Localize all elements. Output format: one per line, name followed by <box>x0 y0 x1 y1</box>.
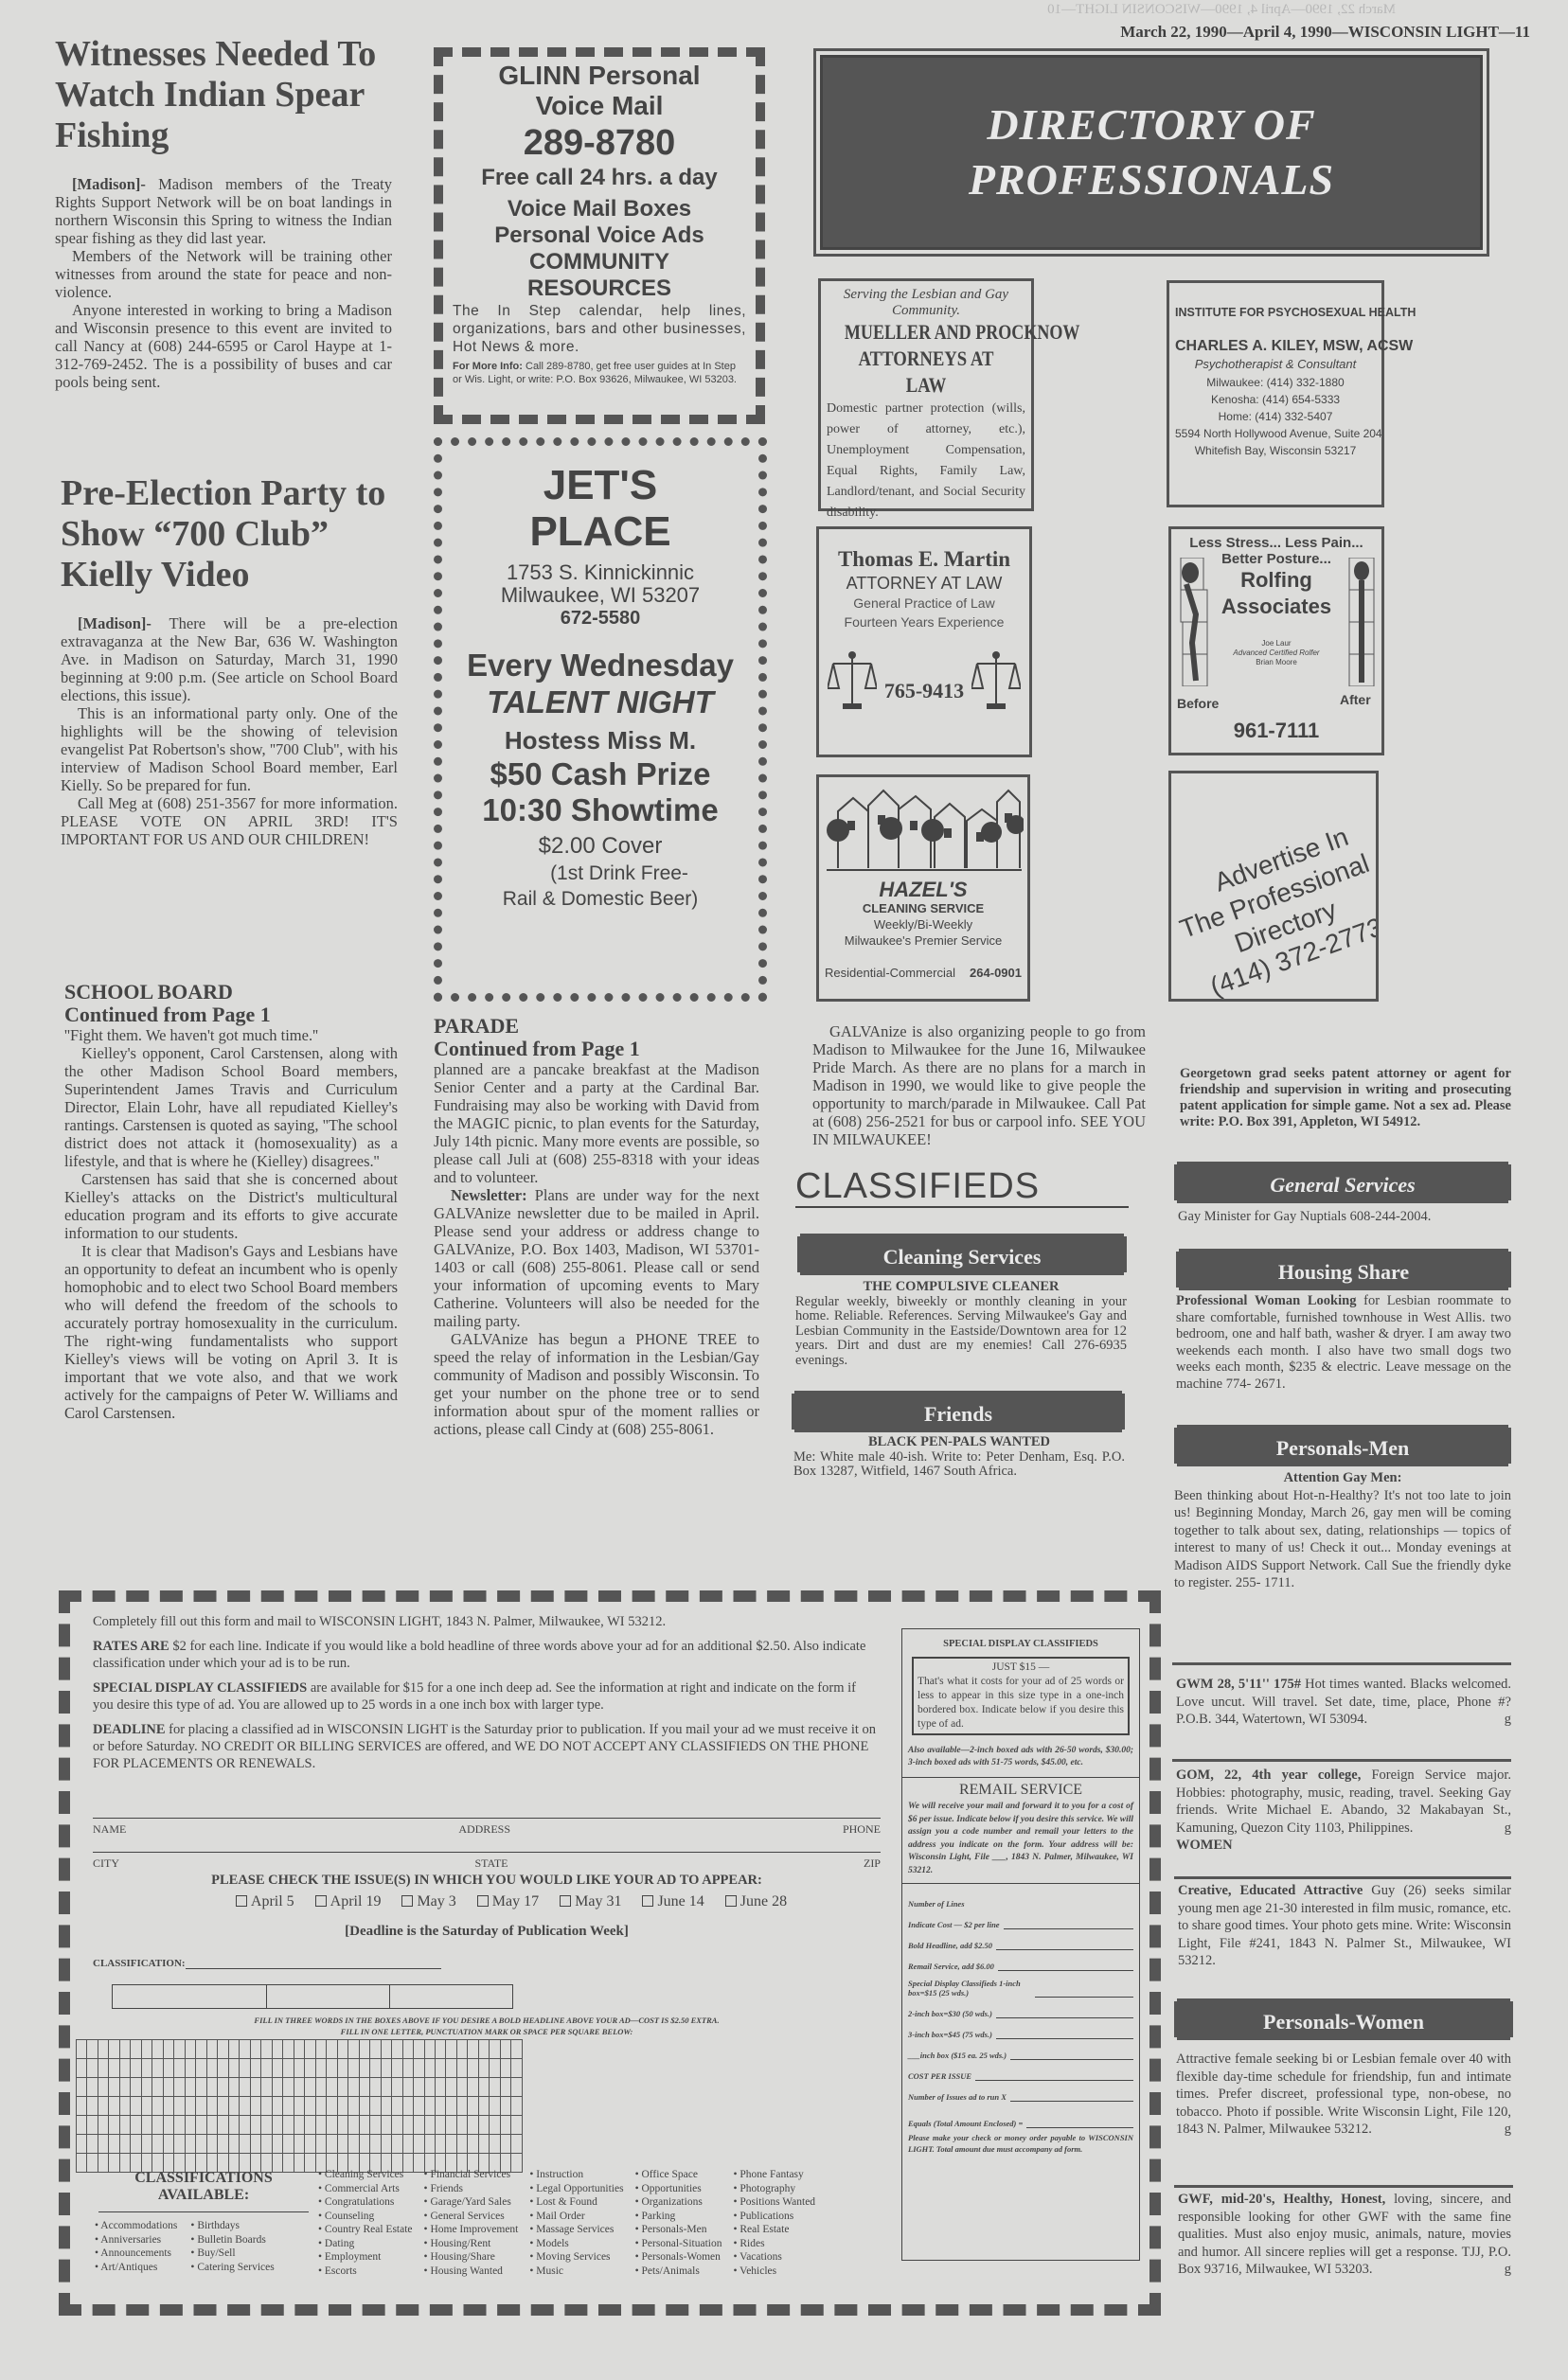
grid-cell[interactable] <box>185 2059 195 2078</box>
grid-cell[interactable] <box>348 2059 359 2078</box>
grid-cell[interactable] <box>152 2059 163 2078</box>
grid-cell[interactable] <box>240 2116 250 2135</box>
before-label: Before <box>1177 696 1219 711</box>
grid-cell[interactable] <box>370 2135 381 2154</box>
grid-cell[interactable] <box>424 2097 435 2116</box>
grid-cell[interactable] <box>152 2040 163 2059</box>
grid-cell[interactable] <box>119 2040 130 2059</box>
grid-cell[interactable] <box>109 2059 119 2078</box>
grid-cell[interactable] <box>402 2116 413 2135</box>
grid-cell[interactable] <box>218 2040 228 2059</box>
grid-cell[interactable] <box>327 2116 337 2135</box>
grid-cell[interactable] <box>315 2040 326 2059</box>
grid-cell[interactable] <box>305 2116 315 2135</box>
grid-cell[interactable] <box>348 2078 359 2097</box>
grid-cell[interactable] <box>228 2097 239 2116</box>
grid-cell[interactable] <box>77 2059 87 2078</box>
grid-cell[interactable] <box>446 2078 456 2097</box>
grid-cell[interactable] <box>478 2135 489 2154</box>
grid-cell[interactable] <box>109 2078 119 2097</box>
issue-checkbox[interactable]: June 28 <box>725 1893 787 1910</box>
grid-cell[interactable] <box>348 2116 359 2135</box>
grid-cell[interactable] <box>500 2097 510 2116</box>
issue-checkbox[interactable]: April 5 <box>236 1893 294 1910</box>
grid-cell[interactable] <box>196 2116 206 2135</box>
grid-cell[interactable] <box>228 2059 239 2078</box>
grid-cell[interactable] <box>456 2059 467 2078</box>
grid-cell[interactable] <box>228 2078 239 2097</box>
grid-cell[interactable] <box>381 2040 391 2059</box>
headline-word-2[interactable] <box>267 1985 390 2008</box>
grid-cell[interactable] <box>446 2059 456 2078</box>
grid-cell[interactable] <box>478 2116 489 2135</box>
grid-cell[interactable] <box>185 2135 195 2154</box>
grid-cell[interactable] <box>414 2078 424 2097</box>
grid-cell[interactable] <box>98 2097 108 2116</box>
grid-cell[interactable] <box>511 2116 523 2135</box>
grid-cell[interactable] <box>109 2040 119 2059</box>
calc-input[interactable] <box>1026 2119 1133 2128</box>
grid-cell[interactable] <box>424 2040 435 2059</box>
grid-cell[interactable] <box>435 2078 445 2097</box>
grid-cell[interactable] <box>315 2078 326 2097</box>
grid-cell[interactable] <box>174 2059 185 2078</box>
grid-cell[interactable] <box>327 2059 337 2078</box>
grid-cell[interactable] <box>196 2040 206 2059</box>
grid-cell[interactable] <box>327 2135 337 2154</box>
grid-cell[interactable] <box>490 2040 500 2059</box>
grid-cell[interactable] <box>456 2135 467 2154</box>
grid-cell[interactable] <box>250 2116 260 2135</box>
issue-checkbox[interactable]: April 19 <box>315 1893 382 1910</box>
grid-cell[interactable] <box>370 2040 381 2059</box>
grid-cell[interactable] <box>414 2116 424 2135</box>
grid-cell[interactable] <box>381 2135 391 2154</box>
grid-cell[interactable] <box>261 2059 272 2078</box>
classification-item: Art/Antiques <box>95 2261 177 2275</box>
grid-cell[interactable] <box>131 2135 141 2154</box>
grid-cell[interactable] <box>261 2097 272 2116</box>
grid-cell[interactable] <box>240 2040 250 2059</box>
grid-cell[interactable] <box>98 2116 108 2135</box>
grid-cell[interactable] <box>163 2078 173 2097</box>
grid-cell[interactable] <box>87 2059 98 2078</box>
grid-cell[interactable] <box>185 2116 195 2135</box>
grid-cell[interactable] <box>174 2135 185 2154</box>
grid-cell[interactable] <box>511 2059 523 2078</box>
grid-cell[interactable] <box>196 2097 206 2116</box>
grid-cell[interactable] <box>272 2097 282 2116</box>
grid-cell[interactable] <box>294 2078 304 2097</box>
grid-cell[interactable] <box>370 2059 381 2078</box>
grid-cell[interactable] <box>163 2135 173 2154</box>
grid-cell[interactable] <box>456 2078 467 2097</box>
grid-cell[interactable] <box>185 2040 195 2059</box>
classification-item: Phone Fantasy <box>733 2168 815 2182</box>
grid-cell[interactable] <box>109 2116 119 2135</box>
checkbox-icon[interactable] <box>477 1895 489 1907</box>
grid-cell[interactable] <box>327 2040 337 2059</box>
grid-cell[interactable] <box>435 2135 445 2154</box>
grid-cell[interactable] <box>240 2135 250 2154</box>
grid-cell[interactable] <box>283 2116 294 2135</box>
grid-cell[interactable] <box>283 2135 294 2154</box>
issue-checkbox[interactable]: May 17 <box>477 1893 539 1910</box>
grid-cell[interactable] <box>370 2116 381 2135</box>
grid-cell[interactable] <box>250 2040 260 2059</box>
address-field[interactable]: ADDRESS <box>458 1822 510 1837</box>
grid-cell[interactable] <box>228 2135 239 2154</box>
grid-cell[interactable] <box>402 2059 413 2078</box>
grid-cell[interactable] <box>478 2078 489 2097</box>
section-personals-men: Personals-Men <box>1174 1428 1511 1464</box>
grid-cell[interactable] <box>392 2040 402 2059</box>
ad-address: Whitefish Bay, Wisconsin 53217 <box>1175 442 1376 459</box>
grid-cell[interactable] <box>337 2040 347 2059</box>
grid-cell[interactable] <box>283 2040 294 2059</box>
grid-cell[interactable] <box>478 2040 489 2059</box>
grid-cell[interactable] <box>468 2116 478 2135</box>
grid-cell[interactable] <box>174 2078 185 2097</box>
grid-cell[interactable] <box>468 2059 478 2078</box>
grid-cell[interactable] <box>305 2097 315 2116</box>
grid-cell[interactable] <box>435 2097 445 2116</box>
grid-cell[interactable] <box>402 2078 413 2097</box>
grid-cell[interactable] <box>250 2078 260 2097</box>
checkbox-icon[interactable] <box>401 1895 413 1907</box>
grid-cell[interactable] <box>337 2116 347 2135</box>
grid-cell[interactable] <box>468 2040 478 2059</box>
grid-cell[interactable] <box>131 2040 141 2059</box>
grid-cell[interactable] <box>163 2040 173 2059</box>
grid-cell[interactable] <box>77 2040 87 2059</box>
grid-cell[interactable] <box>109 2135 119 2154</box>
grid-cell[interactable] <box>87 2078 98 2097</box>
grid-cell[interactable] <box>468 2097 478 2116</box>
calc-input[interactable] <box>996 2030 1133 2039</box>
grid-cell[interactable] <box>500 2135 510 2154</box>
grid-cell[interactable] <box>490 2116 500 2135</box>
grid-cell[interactable] <box>218 2116 228 2135</box>
grid-cell[interactable] <box>261 2116 272 2135</box>
grid-cell[interactable] <box>228 2116 239 2135</box>
grid-cell[interactable] <box>163 2116 173 2135</box>
grid-cell[interactable] <box>196 2135 206 2154</box>
checkbox-icon[interactable] <box>725 1895 737 1907</box>
grid-cell[interactable] <box>98 2059 108 2078</box>
grid-cell[interactable] <box>424 2059 435 2078</box>
calc-input[interactable] <box>996 1941 1133 1950</box>
grid-cell[interactable] <box>305 2059 315 2078</box>
grid-cell[interactable] <box>456 2040 467 2059</box>
grid-cell[interactable] <box>218 2059 228 2078</box>
grid-cell[interactable] <box>359 2116 369 2135</box>
grid-cell[interactable] <box>283 2078 294 2097</box>
grid-cell[interactable] <box>348 2097 359 2116</box>
grid-cell[interactable] <box>446 2116 456 2135</box>
grid-cell[interactable] <box>294 2116 304 2135</box>
issue-checkbox[interactable]: May 31 <box>560 1893 621 1910</box>
grid-cell[interactable] <box>414 2135 424 2154</box>
grid-cell[interactable] <box>370 2078 381 2097</box>
grid-cell[interactable] <box>511 2135 523 2154</box>
grid-cell[interactable] <box>435 2040 445 2059</box>
grid-cell[interactable] <box>337 2135 347 2154</box>
grid-cell[interactable] <box>294 2059 304 2078</box>
ad-lead: GWM 28, 5'11'' 175# <box>1176 1677 1301 1692</box>
issue-checkbox[interactable]: June 14 <box>642 1893 704 1910</box>
grid-cell[interactable] <box>490 2078 500 2097</box>
grid-cell[interactable] <box>381 2116 391 2135</box>
grid-cell[interactable] <box>402 2135 413 2154</box>
grid-cell[interactable] <box>119 2059 130 2078</box>
grid-cell[interactable] <box>228 2040 239 2059</box>
grid-cell[interactable] <box>163 2059 173 2078</box>
grid-cell[interactable] <box>402 2097 413 2116</box>
grid-cell[interactable] <box>511 2097 523 2116</box>
grid-cell[interactable] <box>305 2040 315 2059</box>
grid-cell[interactable] <box>240 2097 250 2116</box>
grid-cell[interactable] <box>163 2097 173 2116</box>
grid-cell[interactable] <box>218 2097 228 2116</box>
grid-cell[interactable] <box>446 2097 456 2116</box>
grid-cell[interactable] <box>152 2116 163 2135</box>
grid-cell[interactable] <box>456 2097 467 2116</box>
headline-word-1[interactable] <box>113 1985 267 2008</box>
grid-cell[interactable] <box>174 2040 185 2059</box>
grid-cell[interactable] <box>337 2078 347 2097</box>
zip-field[interactable]: ZIP <box>864 1856 881 1871</box>
grid-cell[interactable] <box>141 2040 151 2059</box>
calc-label: COST PER ISSUE <box>908 2071 971 2081</box>
grid-cell[interactable] <box>359 2040 369 2059</box>
grid-cell[interactable] <box>337 2097 347 2116</box>
grid-cell[interactable] <box>261 2135 272 2154</box>
paragraph: Kielley's opponent, Carol Carstensen, al… <box>64 1044 398 1170</box>
grid-cell[interactable] <box>206 2078 217 2097</box>
grid-cell[interactable] <box>435 2059 445 2078</box>
grid-cell[interactable] <box>294 2135 304 2154</box>
headline: SCHOOL BOARD <box>64 981 398 1004</box>
grid-cell[interactable] <box>446 2040 456 2059</box>
calc-input[interactable] <box>1035 1988 1133 1998</box>
grid-cell[interactable] <box>370 2097 381 2116</box>
ad-mark: g <box>1505 2121 1511 2139</box>
grid-cell[interactable] <box>294 2097 304 2116</box>
grid-cell[interactable] <box>500 2040 510 2059</box>
ad-title: THE COMPULSIVE CLEANER <box>795 1280 1127 1295</box>
grid-cell[interactable] <box>206 2040 217 2059</box>
grid-cell[interactable] <box>294 2040 304 2059</box>
grid-cell[interactable] <box>77 2078 87 2097</box>
calc-input[interactable] <box>998 1962 1133 1971</box>
payable-note: Please make your check or money order pa… <box>908 2132 1133 2155</box>
grid-cell[interactable] <box>131 2116 141 2135</box>
grid-cell[interactable] <box>500 2116 510 2135</box>
grid-cell[interactable] <box>152 2135 163 2154</box>
checkbox-icon[interactable] <box>642 1895 653 1907</box>
grid-cell[interactable] <box>392 2078 402 2097</box>
grid-cell[interactable] <box>315 2135 326 2154</box>
grid-cell[interactable] <box>185 2078 195 2097</box>
grid-cell[interactable] <box>131 2078 141 2097</box>
grid-cell[interactable] <box>152 2078 163 2097</box>
grid-cell[interactable] <box>359 2078 369 2097</box>
grid-cell[interactable] <box>77 2154 87 2173</box>
grid-cell[interactable] <box>283 2097 294 2116</box>
grid-cell[interactable] <box>250 2135 260 2154</box>
grid-cell[interactable] <box>98 2135 108 2154</box>
grid-cell[interactable] <box>196 2078 206 2097</box>
grid-cell[interactable] <box>424 2116 435 2135</box>
grid-cell[interactable] <box>152 2097 163 2116</box>
grid-cell[interactable] <box>402 2040 413 2059</box>
grid-cell[interactable] <box>478 2059 489 2078</box>
grid-cell[interactable] <box>381 2097 391 2116</box>
grid-cell[interactable] <box>315 2116 326 2135</box>
grid-cell[interactable] <box>490 2097 500 2116</box>
grid-cell[interactable] <box>87 2135 98 2154</box>
grid-cell[interactable] <box>468 2078 478 2097</box>
grid-cell[interactable] <box>305 2078 315 2097</box>
calc-input[interactable] <box>996 2009 1133 2018</box>
grid-cell[interactable] <box>250 2059 260 2078</box>
grid-cell[interactable] <box>240 2059 250 2078</box>
grid-cell[interactable] <box>511 2078 523 2097</box>
grid-cell[interactable] <box>490 2059 500 2078</box>
grid-cell[interactable] <box>305 2135 315 2154</box>
grid-cell[interactable] <box>283 2059 294 2078</box>
grid-cell[interactable] <box>141 2078 151 2097</box>
calc-input[interactable] <box>1010 2051 1133 2060</box>
city-field[interactable]: CITY <box>93 1856 119 1871</box>
grid-cell[interactable] <box>511 2040 523 2059</box>
grid-cell[interactable] <box>261 2040 272 2059</box>
grid-cell[interactable] <box>392 2135 402 2154</box>
grid-cell[interactable] <box>348 2040 359 2059</box>
grid-cell[interactable] <box>392 2059 402 2078</box>
grid-cell[interactable] <box>272 2059 282 2078</box>
calc-input[interactable] <box>975 2071 1133 2081</box>
friends-ad: BLACK PEN-PALS WANTED Me: White male 40-… <box>793 1435 1125 1480</box>
grid-cell[interactable] <box>141 2097 151 2116</box>
grid-cell[interactable] <box>478 2097 489 2116</box>
glinn-voice-mail-ad: GLINN Personal Voice Mail 289-8780 Free … <box>434 47 765 424</box>
checkbox-icon[interactable] <box>315 1895 327 1907</box>
phone-field[interactable]: PHONE <box>843 1822 881 1837</box>
grid-cell[interactable] <box>337 2059 347 2078</box>
grid-cell[interactable] <box>131 2097 141 2116</box>
grid-cell[interactable] <box>119 2097 130 2116</box>
grid-cell[interactable] <box>250 2097 260 2116</box>
grid-cell[interactable] <box>218 2078 228 2097</box>
grid-cell[interactable] <box>272 2078 282 2097</box>
grid-cell[interactable] <box>119 2116 130 2135</box>
calc-input[interactable] <box>1004 1920 1133 1929</box>
grid-cell[interactable] <box>414 2097 424 2116</box>
advertise-in-directory-ad: Advertise In The Professional Directory … <box>1168 771 1379 1002</box>
grid-cell[interactable] <box>174 2097 185 2116</box>
grid-cell[interactable] <box>77 2097 87 2116</box>
grid-cell[interactable] <box>272 2135 282 2154</box>
grid-cell[interactable] <box>381 2078 391 2097</box>
name-field[interactable]: NAME <box>93 1822 126 1837</box>
grid-cell[interactable] <box>196 2059 206 2078</box>
grid-cell[interactable] <box>435 2116 445 2135</box>
grid-cell[interactable] <box>174 2116 185 2135</box>
grid-cell[interactable] <box>414 2059 424 2078</box>
grid-cell[interactable] <box>272 2040 282 2059</box>
grid-cell[interactable] <box>206 2116 217 2135</box>
calc-input[interactable] <box>1010 2092 1133 2102</box>
grid-cell[interactable] <box>500 2059 510 2078</box>
grid-cell[interactable] <box>87 2040 98 2059</box>
grid-cell[interactable] <box>141 2116 151 2135</box>
grid-cell[interactable] <box>261 2078 272 2097</box>
grid-cell[interactable] <box>240 2078 250 2097</box>
grid-cell[interactable] <box>141 2059 151 2078</box>
grid-cell[interactable] <box>500 2078 510 2097</box>
grid-cell[interactable] <box>109 2097 119 2116</box>
grid-cell[interactable] <box>381 2059 391 2078</box>
grid-cell[interactable] <box>446 2135 456 2154</box>
grid-cell[interactable] <box>206 2097 217 2116</box>
grid-cell[interactable] <box>206 2135 217 2154</box>
grid-cell[interactable] <box>414 2040 424 2059</box>
grid-cell[interactable] <box>424 2135 435 2154</box>
state-field[interactable]: STATE <box>474 1856 508 1871</box>
grid-cell[interactable] <box>185 2097 195 2116</box>
grid-cell[interactable] <box>327 2078 337 2097</box>
grid-cell[interactable] <box>131 2059 141 2078</box>
grid-cell[interactable] <box>77 2116 87 2135</box>
grid-cell[interactable] <box>98 2078 108 2097</box>
classification-input[interactable] <box>186 1960 441 1969</box>
grid-cell[interactable] <box>98 2040 108 2059</box>
ad-text: Regular weekly, biweekly or monthly clea… <box>795 1295 1127 1369</box>
grid-cell[interactable] <box>456 2116 467 2135</box>
grid-cell[interactable] <box>206 2059 217 2078</box>
grid-cell[interactable] <box>77 2135 87 2154</box>
grid-cell[interactable] <box>315 2059 326 2078</box>
grid-cell[interactable] <box>87 2116 98 2135</box>
grid-cell[interactable] <box>119 2135 130 2154</box>
grid-cell[interactable] <box>468 2135 478 2154</box>
letter-grid[interactable] <box>76 2039 523 2173</box>
grid-cell[interactable] <box>218 2135 228 2154</box>
checkbox-icon[interactable] <box>560 1895 571 1907</box>
grid-cell[interactable] <box>87 2097 98 2116</box>
grid-cell[interactable] <box>392 2116 402 2135</box>
grid-cell[interactable] <box>119 2078 130 2097</box>
grid-cell[interactable] <box>141 2135 151 2154</box>
grid-cell[interactable] <box>327 2097 337 2116</box>
issue-checkbox[interactable]: May 3 <box>401 1893 455 1910</box>
grid-cell[interactable] <box>359 2135 369 2154</box>
grid-cell[interactable] <box>490 2135 500 2154</box>
grid-cell[interactable] <box>392 2097 402 2116</box>
grid-cell[interactable] <box>315 2097 326 2116</box>
checkbox-icon[interactable] <box>236 1895 247 1907</box>
grid-cell[interactable] <box>359 2097 369 2116</box>
grid-cell[interactable] <box>348 2135 359 2154</box>
after-label: After <box>1340 692 1371 707</box>
grid-cell[interactable] <box>359 2059 369 2078</box>
headline-word-3[interactable] <box>390 1985 512 2008</box>
grid-cell[interactable] <box>424 2078 435 2097</box>
also-available: Also available—2-inch boxed ads with 26-… <box>908 1745 1133 1769</box>
grid-cell[interactable] <box>272 2116 282 2135</box>
